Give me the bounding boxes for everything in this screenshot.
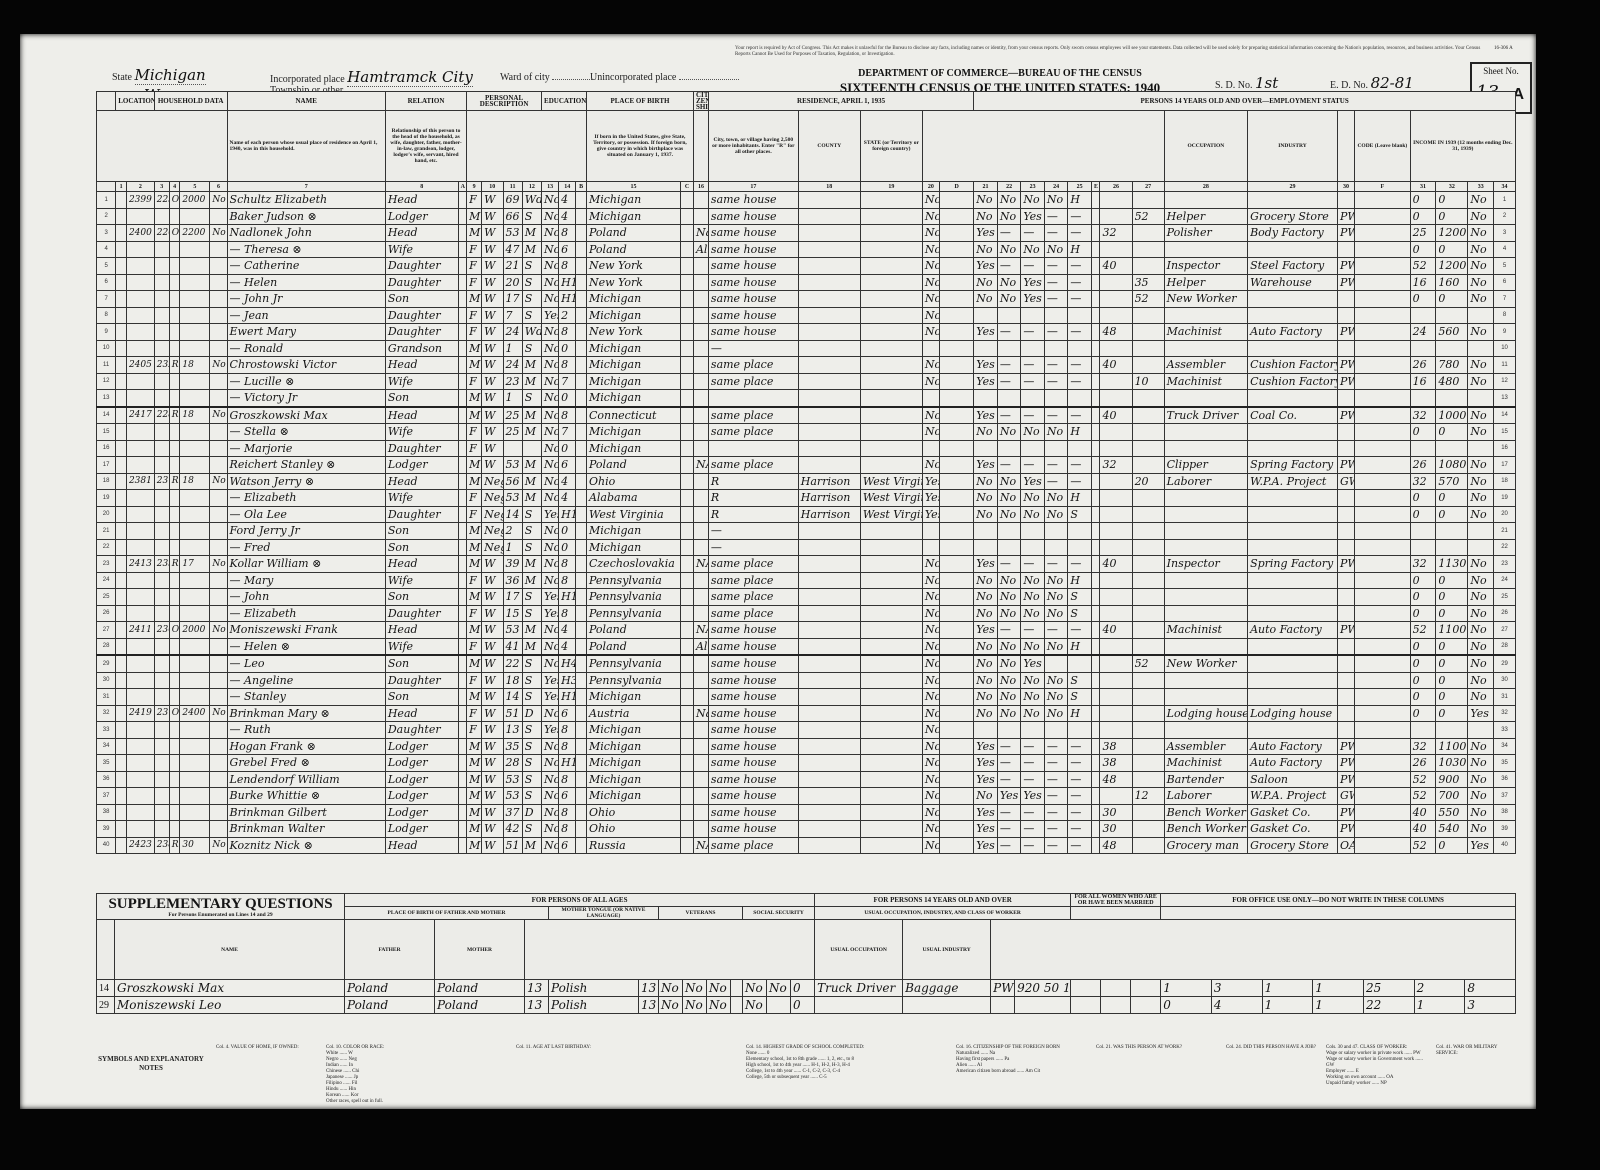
cell-val <box>180 490 210 507</box>
cell-name: Grebel Fred ⊗ <box>227 755 385 772</box>
column-number: 9 <box>467 182 482 192</box>
cell-sex: F <box>467 605 482 622</box>
cell-mar: M <box>522 407 541 424</box>
code-cell <box>1355 424 1411 441</box>
cell-inc: 1200 <box>1436 258 1468 275</box>
code-cell <box>1355 274 1411 291</box>
cell-oth: No <box>1468 490 1494 507</box>
code-cell <box>939 407 973 424</box>
cell-c22: — <box>997 373 1021 390</box>
cell-own <box>169 672 180 689</box>
cell-ind <box>1248 672 1338 689</box>
line-number: 33 <box>97 722 116 739</box>
cell-name: — Helen <box>227 274 385 291</box>
line-number: 32 <box>97 705 116 722</box>
cell-house: 2411 <box>126 622 154 639</box>
cell-age: 53 <box>503 225 522 242</box>
cell-age: 1 <box>503 340 522 357</box>
cell-res-state <box>860 324 922 341</box>
cell-ind <box>1248 192 1338 209</box>
cell-c24: — <box>1044 837 1068 854</box>
cell-race: W <box>482 440 503 457</box>
cell-val: 18 <box>180 407 210 424</box>
code-cell <box>939 539 973 556</box>
table-row: 30— AngelineDaughterFW18SYesH3Pennsylvan… <box>97 672 1516 689</box>
note-col16: Col. 16. CITIZENSHIP OF THE FOREIGN BORN… <box>956 1045 1086 1075</box>
code-cell <box>458 605 467 622</box>
column-number: 34 <box>1494 182 1516 192</box>
line-number: 30 <box>1494 672 1516 689</box>
cell-val <box>180 722 210 739</box>
cell-res-city: same house <box>708 689 798 706</box>
cell-c23: — <box>1021 225 1045 242</box>
cell-rel: Wife <box>385 638 458 655</box>
cell-race: W <box>482 291 503 308</box>
cell-cit <box>693 390 708 407</box>
cell-c25: — <box>1068 407 1092 424</box>
cell-sex: M <box>467 821 482 838</box>
cell-c25: — <box>1068 291 1092 308</box>
cell-c24 <box>1044 390 1068 407</box>
state-field: State Michigan <box>112 66 206 85</box>
cell-res-county <box>798 556 860 573</box>
cell-farm <box>210 722 227 739</box>
table-row: 4— Theresa ⊗WifeFW47MNo6PolandAlsame hou… <box>97 241 1516 258</box>
code-cell <box>939 373 973 390</box>
cell-wks: 26 <box>1410 357 1436 374</box>
cell-c21: No <box>974 424 998 441</box>
cell-ind <box>1248 340 1338 357</box>
cell-name: — Mary <box>227 572 385 589</box>
cell-name: Brinkman Walter <box>227 821 385 838</box>
cell-birth: Pennsylvania <box>586 605 680 622</box>
code-cell <box>1355 192 1411 209</box>
code-cell <box>939 705 973 722</box>
cell-house <box>126 755 154 772</box>
table-row: 7— John JrSonMW17SNoH1Michigansame house… <box>97 291 1516 308</box>
cell-rel: Son <box>385 655 458 672</box>
line-number: 11 <box>97 357 116 374</box>
cell-oth: No <box>1468 258 1494 275</box>
cell-mar: M <box>522 357 541 374</box>
cell-name: — Marjorie <box>227 440 385 457</box>
cell-c21: No <box>974 689 998 706</box>
note-col30: Cols. 30 and 47. CLASS OF WORKER: Wage o… <box>1326 1045 1426 1087</box>
column-number: 1 <box>116 182 127 192</box>
cell-age: 7 <box>503 307 522 324</box>
cell-grade: H1 <box>559 689 576 706</box>
cell-val <box>180 589 210 606</box>
code-cell <box>681 705 694 722</box>
line-number: 33 <box>1494 722 1516 739</box>
cell-grade: H1 <box>559 589 576 606</box>
line-number: 14 <box>1494 407 1516 424</box>
cell-cit <box>693 407 708 424</box>
code-cell <box>1355 738 1411 755</box>
cell-num <box>154 340 169 357</box>
cell-num <box>154 424 169 441</box>
table-row: 25— JohnSonMW17SYesH1Pennsylvaniasame pl… <box>97 589 1516 606</box>
column-number: 32 <box>1436 182 1468 192</box>
code-cell <box>1355 689 1411 706</box>
cell-rel: Son <box>385 291 458 308</box>
cell-num <box>154 208 169 225</box>
cell-num <box>154 274 169 291</box>
supp-cell-l: 4 <box>1211 997 1262 1014</box>
cell-cit <box>693 605 708 622</box>
cell-res-state <box>860 208 922 225</box>
cell-num: 238 <box>154 837 169 854</box>
cell-birth: Pennsylvania <box>586 572 680 589</box>
cell-c23: No <box>1021 192 1045 209</box>
cell-own <box>169 788 180 805</box>
supp-cell-name: Moniszewski Leo <box>115 997 345 1014</box>
cell-res-city <box>708 440 798 457</box>
supp-cell-s44: 0 <box>791 980 815 997</box>
cell-c25: — <box>1068 821 1092 838</box>
cell-c24: No <box>1044 605 1068 622</box>
cell-name: — Stella ⊗ <box>227 424 385 441</box>
cell-c23: No <box>1021 424 1045 441</box>
population-schedule-table: LOCATION HOUSEHOLD DATA NAME RELATION PE… <box>96 91 1516 854</box>
cell-inc: 160 <box>1436 274 1468 291</box>
cell-c26: 48 <box>1100 837 1132 854</box>
cell-res-county <box>798 605 860 622</box>
cell-oth <box>1468 390 1494 407</box>
table-row: 33— RuthDaughterFW13SYes8Michigansame ho… <box>97 722 1516 739</box>
cell-inc: 1030 <box>1436 755 1468 772</box>
cell-farm35: No <box>922 274 939 291</box>
cell-own <box>169 755 180 772</box>
cell-val <box>180 572 210 589</box>
blank-cell <box>731 997 743 1014</box>
note-item: Other races, spell out in full. <box>326 1099 506 1105</box>
cell-oth: No <box>1468 589 1494 606</box>
cell-own: R <box>169 473 180 490</box>
cell-c27 <box>1132 755 1164 772</box>
code-cell <box>1355 407 1411 424</box>
cell-c23: — <box>1021 738 1045 755</box>
cell-oth: No <box>1468 556 1494 573</box>
cell-c24: No <box>1044 589 1068 606</box>
cell-farm35: No <box>922 638 939 655</box>
cell-res-city <box>708 390 798 407</box>
cell-c23: Yes <box>1021 473 1045 490</box>
cell-ind <box>1248 307 1338 324</box>
cell-c22: No <box>997 424 1021 441</box>
cell-res-county <box>798 804 860 821</box>
cell-rel: Head <box>385 473 458 490</box>
cell-occ: Laborer <box>1164 473 1247 490</box>
cell-street <box>116 672 127 689</box>
column-number: 12 <box>522 182 541 192</box>
line-number: 20 <box>1494 506 1516 523</box>
cell-c25 <box>1068 523 1092 540</box>
cell-cls <box>1337 672 1354 689</box>
supp-cell-v39: No <box>659 980 683 997</box>
column-number: 18 <box>798 182 860 192</box>
code-cell <box>1091 241 1100 258</box>
cell-farm35: No <box>922 705 939 722</box>
cell-res-county <box>798 307 860 324</box>
cell-c27 <box>1132 605 1164 622</box>
cell-c22: No <box>997 291 1021 308</box>
cell-oth <box>1468 340 1494 357</box>
code-cell <box>939 440 973 457</box>
cell-oth: No <box>1468 291 1494 308</box>
code-cell <box>939 307 973 324</box>
cell-oth: No <box>1468 192 1494 209</box>
cell-age: 18 <box>503 672 522 689</box>
cell-wks: 26 <box>1410 457 1436 474</box>
cell-birth: Michigan <box>586 440 680 457</box>
table-row: 17Reichert Stanley ⊗LodgerMW53MNo6Poland… <box>97 457 1516 474</box>
cell-birth: Michigan <box>586 539 680 556</box>
cell-street <box>116 539 127 556</box>
cell-c21: No <box>974 208 998 225</box>
code-cell <box>1091 837 1100 854</box>
supp-cell-code: 13 <box>525 980 549 997</box>
cell-c26: 40 <box>1100 556 1132 573</box>
code-cell <box>939 821 973 838</box>
cell-mar: S <box>522 539 541 556</box>
table-row: 19— ElizabethWifeFNeg53MNo4AlabamaRHarri… <box>97 490 1516 507</box>
code-cell <box>1091 589 1100 606</box>
cell-num <box>154 258 169 275</box>
cell-grade: 4 <box>559 490 576 507</box>
cell-farm35: No <box>922 821 939 838</box>
cell-ind: Grocery Store <box>1248 208 1338 225</box>
cell-occ <box>1164 424 1247 441</box>
code-cell <box>1091 788 1100 805</box>
cell-mar: S <box>522 655 541 672</box>
cell-street <box>116 556 127 573</box>
header-line-no <box>97 92 116 111</box>
code-cell <box>939 225 973 242</box>
cell-c26 <box>1100 722 1132 739</box>
cell-age: 39 <box>503 556 522 573</box>
code-cell <box>458 291 467 308</box>
cell-num <box>154 373 169 390</box>
cell-c21: Yes <box>974 771 998 788</box>
cell-occ <box>1164 589 1247 606</box>
code-cell <box>576 258 587 275</box>
cell-c22: — <box>997 804 1021 821</box>
cell-sch: No <box>542 407 559 424</box>
cell-race: W <box>482 307 503 324</box>
cell-occ: Inspector <box>1164 556 1247 573</box>
code-cell <box>1355 771 1411 788</box>
code-cell <box>576 291 587 308</box>
supp-rows: 14Groszkowski MaxPolandPoland13Polish13N… <box>97 980 1516 1014</box>
cell-oth <box>1468 539 1494 556</box>
cell-birth: Michigan <box>586 755 680 772</box>
cell-race: Neg <box>482 539 503 556</box>
cell-rel: Wife <box>385 373 458 390</box>
cell-c26 <box>1100 424 1132 441</box>
cell-c25: — <box>1068 771 1092 788</box>
cell-c25: — <box>1068 274 1092 291</box>
cell-res-county: Harrison <box>798 473 860 490</box>
cell-sex: F <box>467 440 482 457</box>
cell-name: Groszkowski Max <box>227 407 385 424</box>
code-cell <box>458 539 467 556</box>
cell-c21: No <box>974 672 998 689</box>
cell-res-state: West Virginia <box>860 490 922 507</box>
column-number: 19 <box>860 182 922 192</box>
column-number: 26 <box>1100 182 1132 192</box>
cell-ind: Cushion Factory <box>1248 373 1338 390</box>
cell-c27 <box>1132 440 1164 457</box>
cell-farm35 <box>922 523 939 540</box>
cell-street <box>116 192 127 209</box>
cell-ind: Auto Factory <box>1248 622 1338 639</box>
code-cell <box>576 837 587 854</box>
line-number: 15 <box>97 424 116 441</box>
cell-farm35: No <box>922 755 939 772</box>
cell-race: W <box>482 556 503 573</box>
cell-race: W <box>482 821 503 838</box>
cell-age: 35 <box>503 738 522 755</box>
cell-grade: 8 <box>559 821 576 838</box>
cell-c24: — <box>1044 788 1068 805</box>
cell-c22: — <box>997 556 1021 573</box>
cell-res-city: same place <box>708 424 798 441</box>
cell-cls: PW <box>1337 556 1354 573</box>
cell-res-county <box>798 373 860 390</box>
note-col41: Col. 41. WAR OR MILITARY SERVICE: <box>1436 1045 1516 1057</box>
cell-farm <box>210 539 227 556</box>
cell-name: — Ruth <box>227 722 385 739</box>
cell-inc: 0 <box>1436 837 1468 854</box>
code-cell <box>458 357 467 374</box>
code-cell <box>1355 821 1411 838</box>
cell-rel: Wife <box>385 424 458 441</box>
cell-farm: No <box>210 407 227 424</box>
cell-farm <box>210 506 227 523</box>
cell-val <box>180 208 210 225</box>
cell-sex: M <box>467 539 482 556</box>
cell-sex: M <box>467 837 482 854</box>
cell-c21 <box>974 340 998 357</box>
cell-res-county <box>798 424 860 441</box>
cell-c22: No <box>997 192 1021 209</box>
cell-c25: — <box>1068 738 1092 755</box>
cell-farm <box>210 788 227 805</box>
line-number: 24 <box>97 572 116 589</box>
code-cell <box>1091 771 1100 788</box>
cell-c21: No <box>974 705 998 722</box>
supp-cell-m: 1 <box>1262 980 1313 997</box>
cell-c23: — <box>1021 457 1045 474</box>
line-number: 17 <box>97 457 116 474</box>
code-cell <box>1091 539 1100 556</box>
cell-birth: Michigan <box>586 424 680 441</box>
cell-farm35: No <box>922 424 939 441</box>
cell-house: 2399 <box>126 192 154 209</box>
supp-tongue-header: MOTHER TONGUE (OR NATIVE LANGUAGE) <box>549 907 659 920</box>
cell-c25: H <box>1068 572 1092 589</box>
cell-res-state <box>860 556 922 573</box>
column-number: 4 <box>169 182 180 192</box>
cell-occ <box>1164 672 1247 689</box>
cell-own <box>169 506 180 523</box>
cell-num <box>154 821 169 838</box>
cell-res-state <box>860 523 922 540</box>
code-cell <box>1355 440 1411 457</box>
cell-wks <box>1410 523 1436 540</box>
cell-sex: M <box>467 208 482 225</box>
cell-num <box>154 291 169 308</box>
cell-cit <box>693 473 708 490</box>
cell-c21: No <box>974 638 998 655</box>
cell-res-county <box>798 457 860 474</box>
cell-own: O <box>169 225 180 242</box>
supp-cell-code: 13 <box>525 997 549 1014</box>
cell-farm <box>210 424 227 441</box>
cell-res-state <box>860 689 922 706</box>
cell-occ <box>1164 390 1247 407</box>
cell-c27 <box>1132 192 1164 209</box>
cell-oth: No <box>1468 622 1494 639</box>
supp-cell-occ: Truck Driver <box>815 980 903 997</box>
cell-c27 <box>1132 225 1164 242</box>
code-cell <box>1091 357 1100 374</box>
cell-cls <box>1337 291 1354 308</box>
cell-name: — Catherine <box>227 258 385 275</box>
cell-c21: Yes <box>974 755 998 772</box>
code-cell <box>939 274 973 291</box>
line-number: 35 <box>97 755 116 772</box>
cell-farm35: No <box>922 357 939 374</box>
cell-c23: Yes <box>1021 274 1045 291</box>
cell-house <box>126 638 154 655</box>
cell-mar: S <box>522 788 541 805</box>
cell-mar: M <box>522 622 541 639</box>
cell-inc: 0 <box>1436 490 1468 507</box>
code-cell <box>458 589 467 606</box>
cell-age: 24 <box>503 357 522 374</box>
cell-c22 <box>997 440 1021 457</box>
cell-house <box>126 208 154 225</box>
code-cell <box>458 837 467 854</box>
cell-farm35: No <box>922 788 939 805</box>
cell-age: 1 <box>503 390 522 407</box>
line-number: 12 <box>97 373 116 390</box>
cell-cit: Al <box>693 638 708 655</box>
cell-c25: H <box>1068 424 1092 441</box>
cell-wks: 16 <box>1410 274 1436 291</box>
cell-sch: No <box>542 539 559 556</box>
code-cell <box>1355 506 1411 523</box>
cell-res-state <box>860 407 922 424</box>
cell-street <box>116 722 127 739</box>
column-number: 29 <box>1248 182 1338 192</box>
cell-street <box>116 407 127 424</box>
cell-c27 <box>1132 572 1164 589</box>
cell-house <box>126 373 154 390</box>
cell-rel: Head <box>385 705 458 722</box>
cell-ind <box>1248 655 1338 672</box>
code-cell <box>458 424 467 441</box>
code-cell <box>939 192 973 209</box>
code-cell <box>681 572 694 589</box>
cell-cls <box>1337 605 1354 622</box>
cell-ind <box>1248 589 1338 606</box>
cell-farm <box>210 291 227 308</box>
cell-oth: No <box>1468 357 1494 374</box>
cell-c23: — <box>1021 556 1045 573</box>
